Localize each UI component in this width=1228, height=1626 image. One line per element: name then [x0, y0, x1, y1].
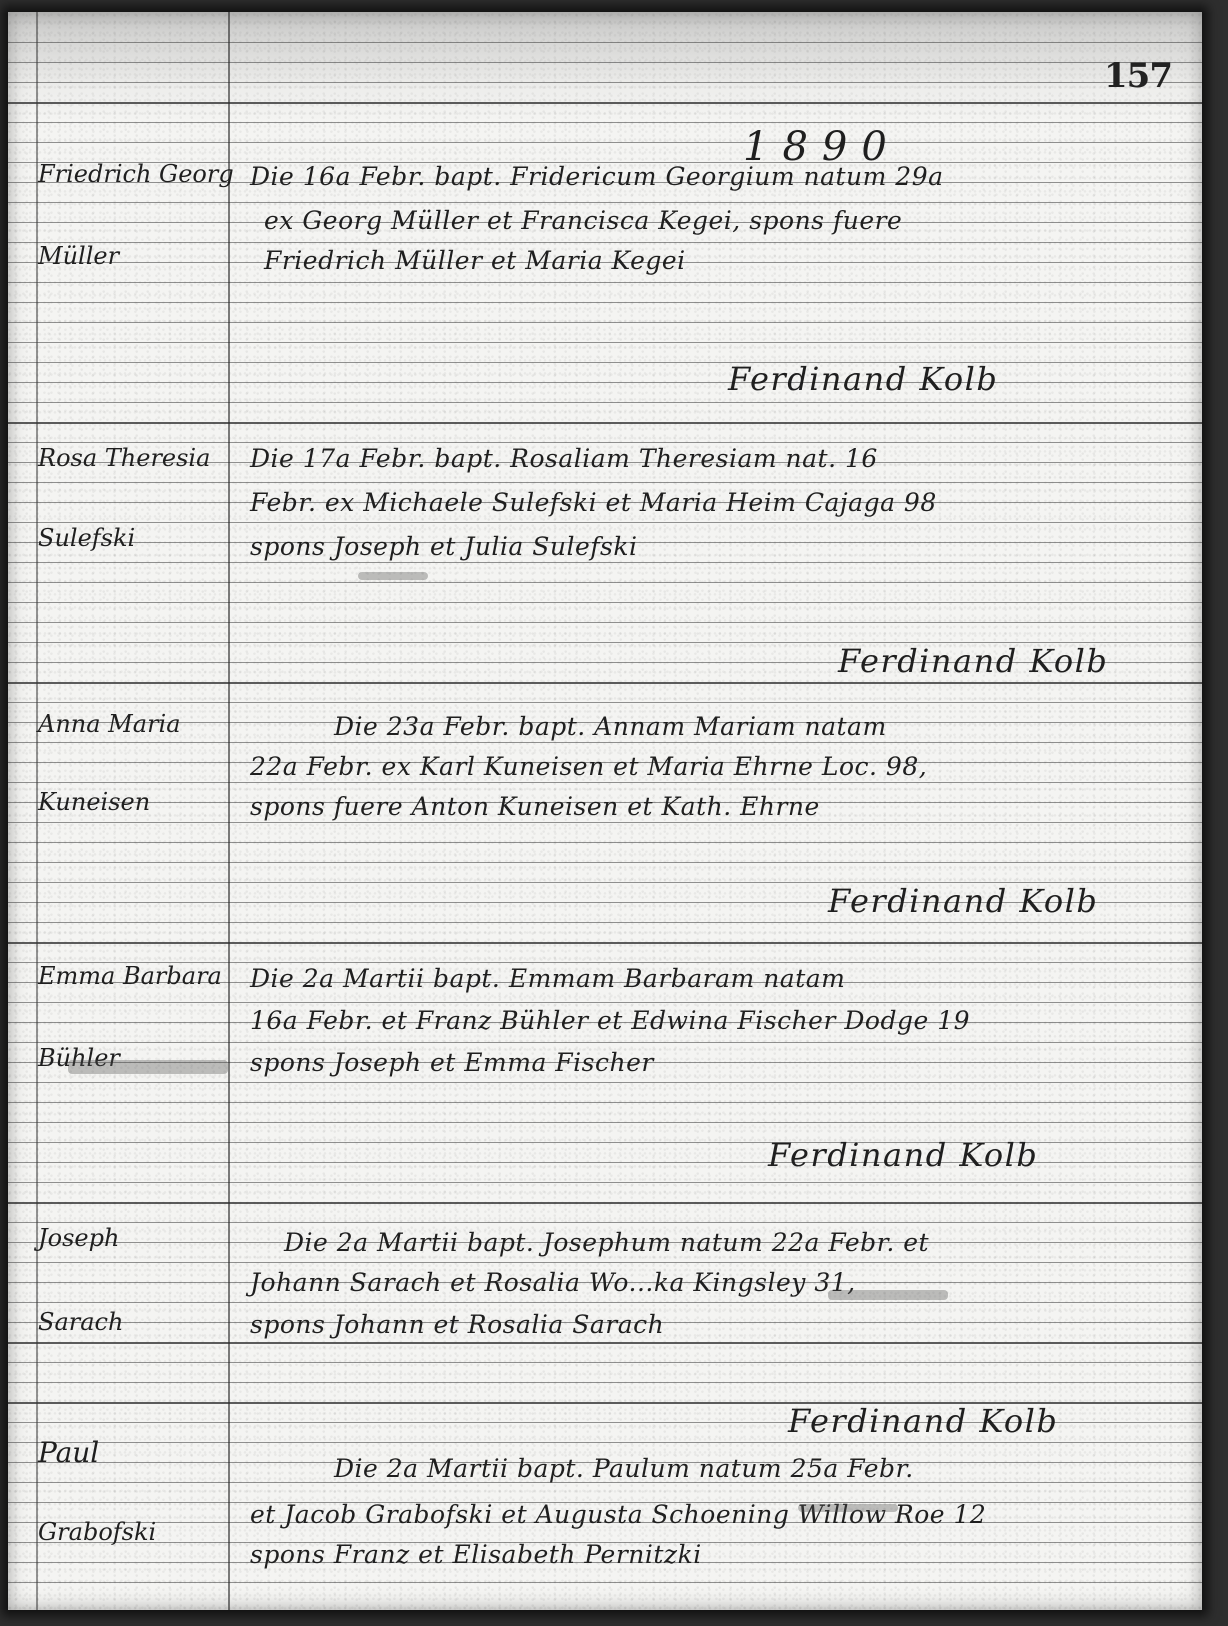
given-names: Paul — [38, 1436, 99, 1469]
entry-line: ex Georg Müller et Francisca Kegei, spon… — [264, 206, 902, 235]
ruled-line — [8, 842, 1202, 843]
ruled-line — [8, 362, 1202, 363]
ruled-line — [8, 1442, 1202, 1443]
priest-signature: Ferdinand Kolb — [828, 882, 1098, 920]
ruled-line — [8, 582, 1202, 583]
surname: Sarach — [38, 1308, 123, 1336]
entry-line: Die 16a Febr. bapt. Fridericum Georgium … — [250, 162, 944, 191]
given-names: Rosa Theresia — [38, 444, 210, 472]
ruled-line — [8, 862, 1202, 863]
surname: Grabofski — [38, 1518, 156, 1546]
ruled-line — [8, 202, 1202, 203]
priest-signature: Ferdinand Kolb — [788, 1402, 1058, 1440]
entry-line: Die 2a Martii bapt. Paulum natum 25a Feb… — [334, 1454, 914, 1483]
entry-line: Febr. ex Michaele Sulefski et Maria Heim… — [250, 488, 937, 517]
register-page: 157 1890 Friedrich Georg Müller Die 16a … — [8, 12, 1202, 1610]
ruled-line — [8, 522, 1202, 523]
ruled-line — [8, 82, 1202, 83]
entry-line: Friedrich Müller et Maria Kegei — [264, 246, 686, 275]
smudge-mark — [798, 1504, 898, 1512]
priest-signature: Ferdinand Kolb — [728, 360, 998, 398]
ruled-line — [8, 1382, 1202, 1383]
given-names: Joseph — [38, 1224, 119, 1252]
ruled-line — [8, 102, 1202, 104]
ruled-line — [8, 562, 1202, 563]
ruled-line — [8, 942, 1202, 944]
priest-signature: Ferdinand Kolb — [768, 1136, 1038, 1174]
ruled-line — [8, 402, 1202, 403]
ruled-line — [8, 482, 1202, 483]
entry-line: 22a Febr. ex Karl Kuneisen et Maria Ehrn… — [250, 752, 927, 781]
entry-line: Die 17a Febr. bapt. Rosaliam Theresiam n… — [250, 444, 878, 473]
ruled-line — [8, 822, 1202, 823]
ruled-line — [8, 1222, 1202, 1223]
given-names: Friedrich Georg — [38, 160, 234, 188]
ruled-line — [8, 622, 1202, 623]
ink-blot — [358, 572, 428, 580]
entry-line: spons Joseph et Emma Fischer — [250, 1048, 654, 1077]
ruled-line — [8, 42, 1202, 43]
entry-line: 16a Febr. et Franz Bühler et Edwina Fisc… — [250, 1006, 970, 1035]
surname: Sulefski — [38, 524, 135, 552]
ruled-line — [8, 1262, 1202, 1263]
ruled-line — [8, 782, 1202, 783]
smudge-mark — [828, 1290, 948, 1300]
ruled-line — [8, 1122, 1202, 1123]
ruled-line — [8, 682, 1202, 684]
ruled-line — [8, 1342, 1202, 1344]
ruled-line — [8, 142, 1202, 143]
ruled-line — [8, 302, 1202, 303]
entry-line: spons fuere Anton Kuneisen et Kath. Ehrn… — [250, 792, 820, 821]
surname: Kuneisen — [38, 788, 150, 816]
ruled-line — [8, 742, 1202, 743]
ruled-line — [8, 342, 1202, 343]
ruled-line — [8, 1082, 1202, 1083]
ruled-line — [8, 62, 1202, 63]
given-names: Emma Barbara — [38, 962, 222, 990]
ruled-line — [8, 242, 1202, 243]
smudge-mark — [68, 1060, 228, 1074]
entry-line: spons Joseph et Julia Sulefski — [250, 532, 638, 561]
entry-line: Die 2a Martii bapt. Emmam Barbaram natam — [250, 964, 845, 993]
page-number: 157 — [1104, 56, 1172, 96]
given-names: Anna Maria — [38, 710, 181, 738]
surname: Müller — [38, 242, 119, 270]
entry-line: Die 23a Febr. bapt. Annam Mariam natam — [334, 712, 887, 741]
ruled-line — [8, 1182, 1202, 1183]
ruled-line — [8, 922, 1202, 923]
scan-shading — [8, 12, 1202, 122]
ruled-line — [8, 1582, 1202, 1583]
ruled-line — [8, 1042, 1202, 1043]
ruled-line — [8, 1362, 1202, 1363]
ruled-line — [8, 1202, 1202, 1204]
ruled-line — [8, 122, 1202, 123]
entry-line: Die 2a Martii bapt. Josephum natum 22a F… — [284, 1228, 929, 1257]
ruled-line — [8, 382, 1202, 383]
ruled-line — [8, 1002, 1202, 1003]
entry-line: spons Johann et Rosalia Sarach — [250, 1310, 664, 1339]
name-column-rule — [228, 12, 230, 1610]
ruled-line — [8, 322, 1202, 323]
entry-line: Johann Sarach et Rosalia Wo...ka Kingsle… — [250, 1268, 856, 1297]
ruled-line — [8, 442, 1202, 443]
entry-line: spons Franz et Elisabeth Pernitzki — [250, 1540, 702, 1569]
ruled-line — [8, 282, 1202, 283]
ruled-line — [8, 702, 1202, 703]
ruled-line — [8, 1102, 1202, 1103]
ruled-line — [8, 602, 1202, 603]
ruled-line — [8, 422, 1202, 424]
ruled-line — [8, 1302, 1202, 1303]
priest-signature: Ferdinand Kolb — [838, 642, 1108, 680]
